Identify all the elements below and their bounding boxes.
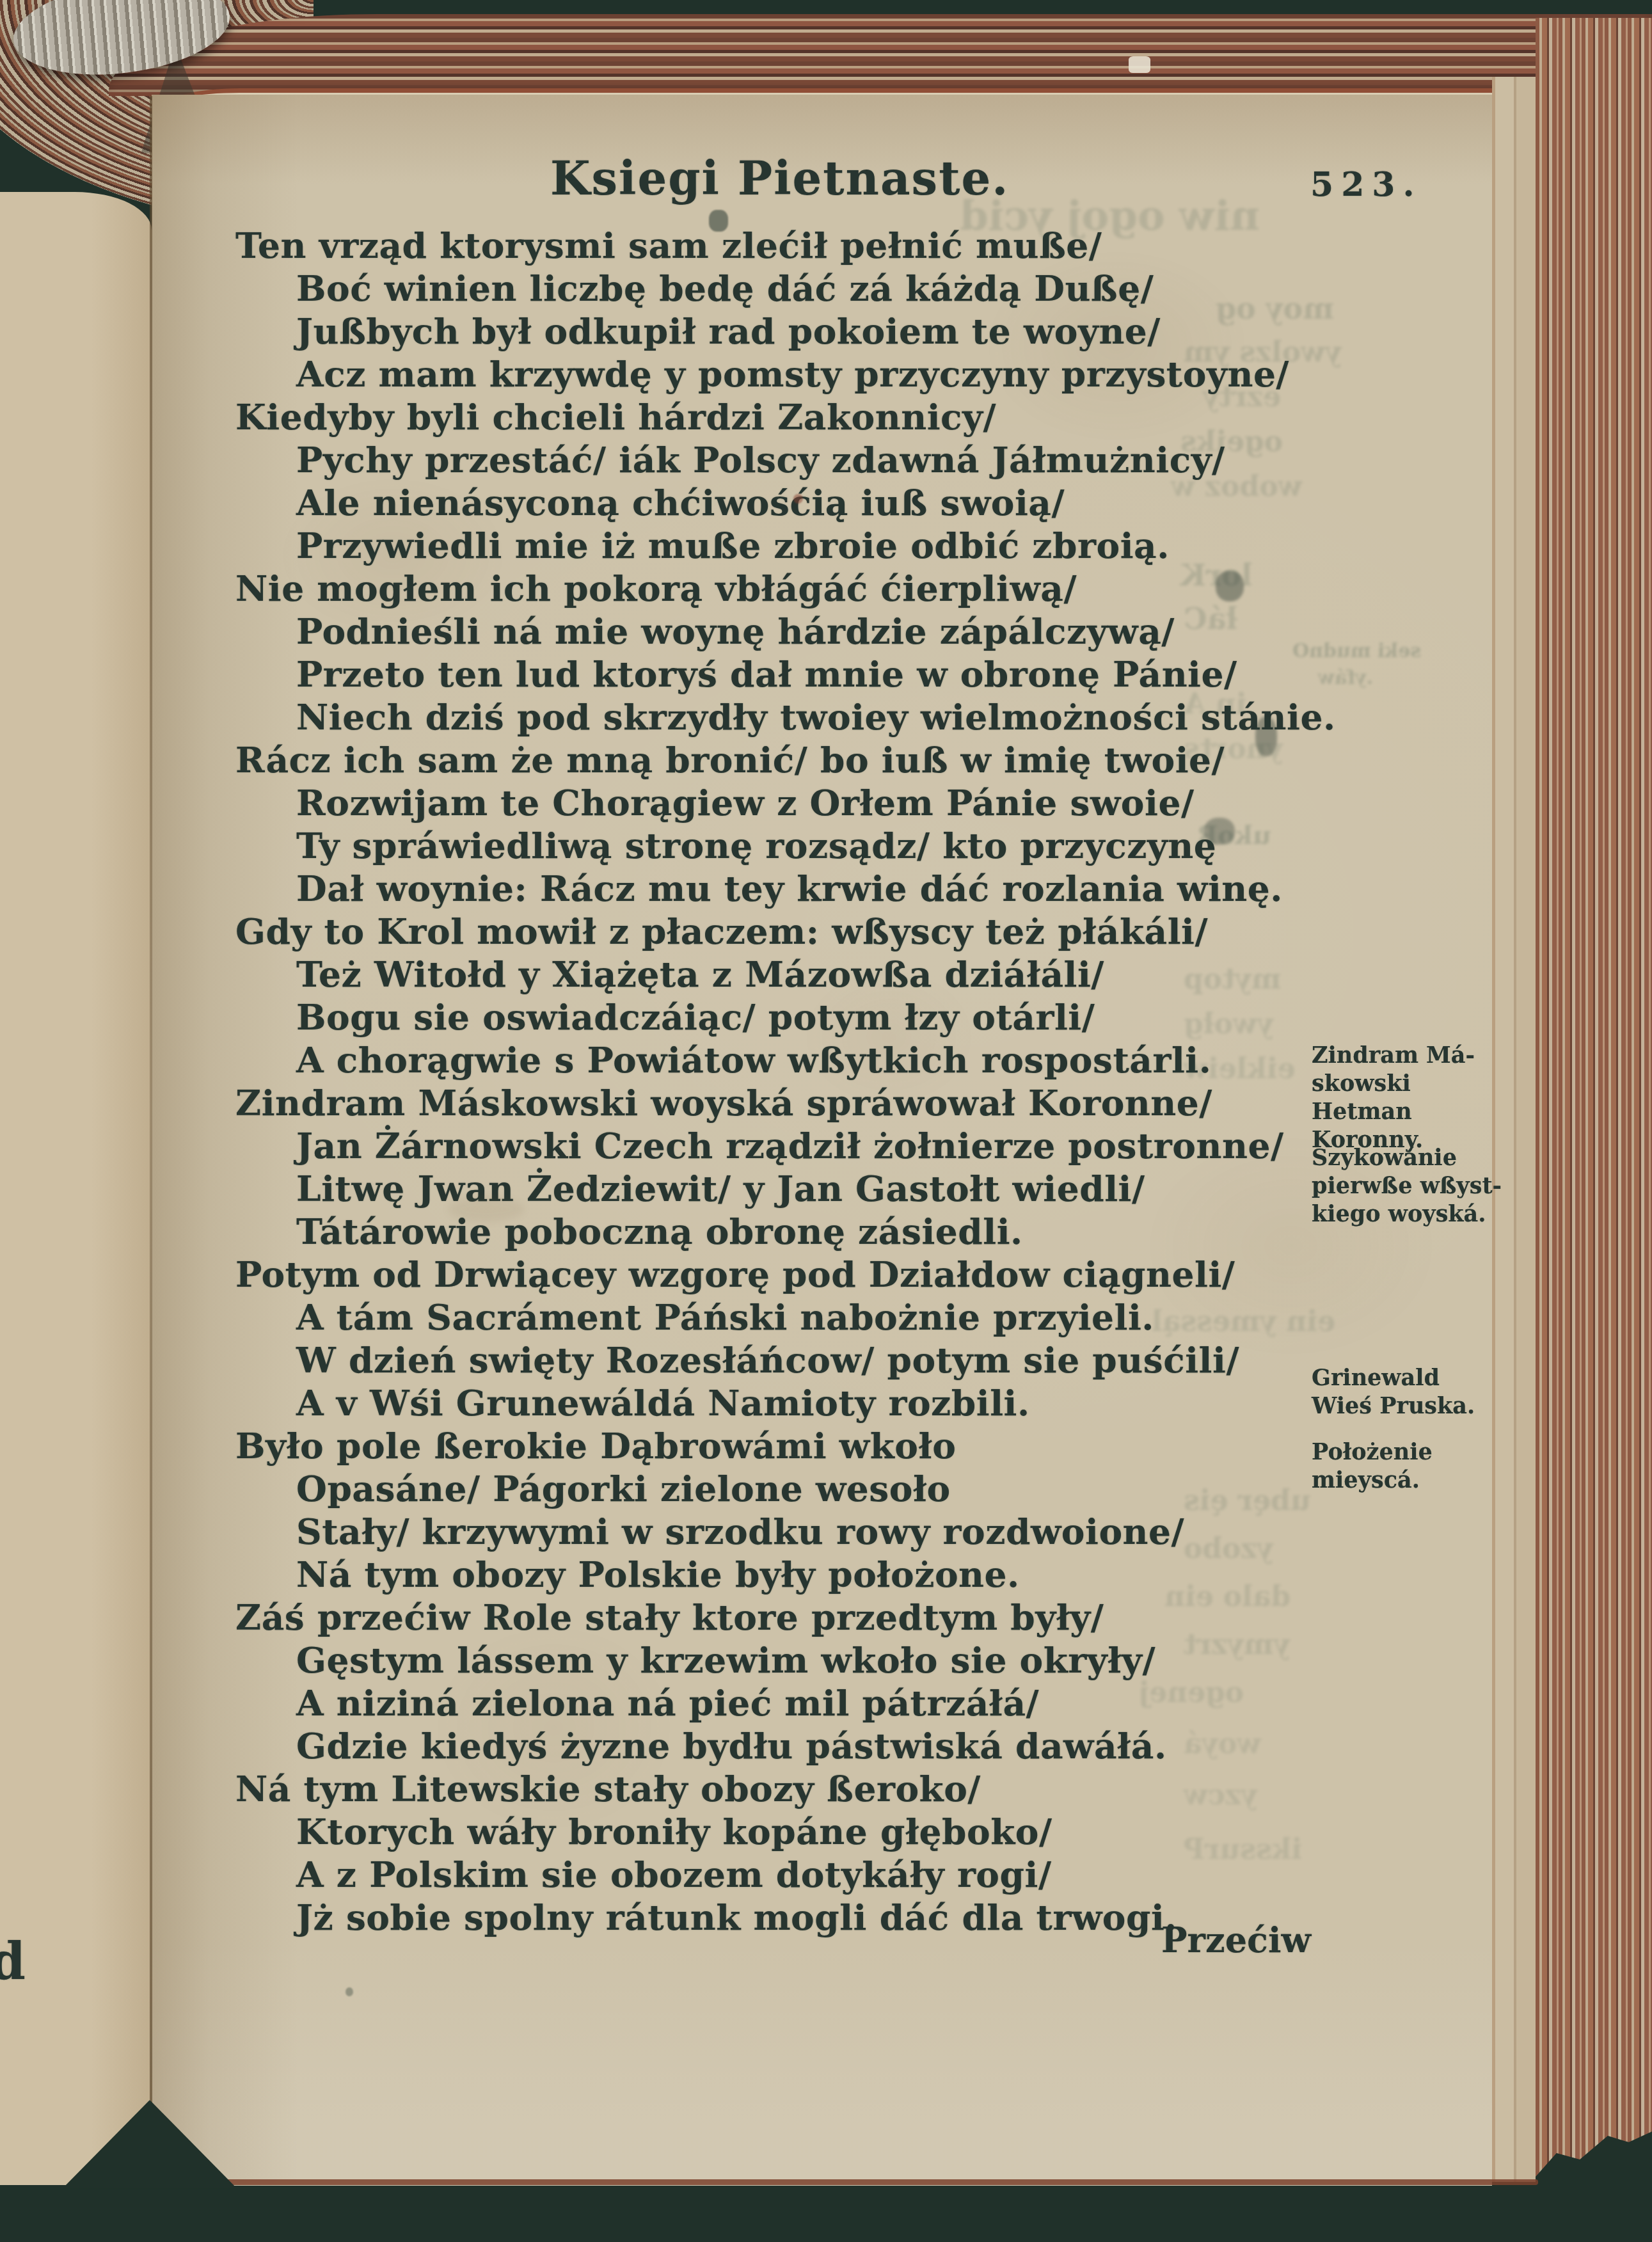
poem-line: Przeto ten lud ktoryś dał mnie w obronę …	[296, 653, 1336, 696]
poem-line: Ten vrząd ktorysmi sam zlećił pełnić muß…	[235, 224, 1336, 267]
margin-note: Szykowániepierwße wßyst-kiego woyská.	[1312, 1144, 1516, 1228]
margin-note-line: mieyscá.	[1312, 1467, 1516, 1495]
poem-line: W dzień swięty Rozesłáńcow/ potym sie pu…	[296, 1339, 1336, 1381]
poem-line: Tátárowie poboczną obronę zásiedli.	[296, 1210, 1336, 1253]
gutter-fold-line	[150, 96, 152, 2124]
poem-line: Ktorych wáły broniły kopáne głęboko/	[296, 1810, 1336, 1853]
poem-line: Nie mogłem ich pokorą vbłágáć ćierpliwą/	[235, 567, 1336, 610]
partial-signature-letter: d	[0, 1931, 26, 1991]
top-page-edges-stack	[109, 14, 1652, 96]
margin-note-line: Wieś Pruska.	[1312, 1392, 1516, 1420]
poem-line: Boć winien liczbę bedę dáć zá káżdą Dußę…	[296, 267, 1336, 310]
running-title: Ksiegi Pietnaste.	[550, 151, 1009, 205]
poem-line: Rácz ich sam że mną bronić/ bo iuß w imi…	[235, 738, 1336, 781]
margin-note: Położeniemieyscá.	[1312, 1438, 1516, 1495]
margin-note: GrinewaldWieś Pruska.	[1312, 1364, 1516, 1420]
page-number: 523.	[1310, 165, 1422, 204]
catchword: Przećiw	[1161, 1920, 1311, 1960]
poem-line: Zindram Máskowski woyská spráwował Koron…	[235, 1081, 1336, 1124]
poem-line: A chorągwie s Powiátow wßytkich rospostá…	[296, 1038, 1336, 1081]
margin-note-line: kiego woyská.	[1312, 1200, 1516, 1228]
poem-line: Bogu sie oswiadczáiąc/ potym łzy otárli/	[296, 996, 1336, 1038]
poem-line: Też Witołd y Xiążęta z Mázowßa dziáłáli/	[296, 953, 1336, 996]
poem-line: A tám Sacráment Páński nabożnie przyieli…	[296, 1296, 1336, 1339]
margin-note-line: Zindram Má-	[1312, 1042, 1516, 1070]
poem-line: Rozwijam te Chorągiew z Orłem Pánie swoi…	[296, 781, 1336, 824]
poem-line: Niech dziś pod skrzydły twoiey wielmożno…	[296, 696, 1336, 738]
book-scan: { "colors":{ "bg":"#20312a", "paper":"#c…	[0, 0, 1652, 2242]
margin-note-line: Grinewald	[1312, 1364, 1516, 1392]
margin-note-line: Szykowánie	[1312, 1144, 1516, 1172]
margin-note: Zindram Má-skowski HetmanKoronny.	[1312, 1042, 1516, 1154]
poem-line: Litwę Jwan Żedziewit/ y Jan Gastołt wied…	[296, 1167, 1336, 1210]
margin-note-line: Położenie	[1312, 1438, 1516, 1467]
poem-text-block: Ten vrząd ktorysmi sam zlećił pełnić muß…	[235, 224, 1336, 1939]
bottom-page-edge-redline	[218, 2179, 1538, 2185]
facing-page-edge	[0, 192, 152, 2185]
poem-line: Acz mam krzywdę y pomsty przyczyny przys…	[296, 353, 1336, 395]
margin-note-line: pierwße wßyst-	[1312, 1172, 1516, 1200]
poem-line: Ná tym obozy Polskie były położone.	[296, 1553, 1336, 1596]
poem-line: Opasáne/ Págorki zielone wesoło	[296, 1467, 1336, 1510]
poem-line: Podnieśli ná mie woynę hárdzie zápálczyw…	[296, 610, 1336, 653]
poem-line: Ná tym Litewskie stały obozy ßeroko/	[235, 1767, 1336, 1810]
poem-line: Gdzie kiedyś żyzne bydłu pástwiská dawáł…	[296, 1724, 1336, 1767]
poem-line: Ale nienásyconą chćiwośćią iuß swoią/	[296, 481, 1336, 524]
poem-line: Dał woynie: Rácz mu tey krwie dáć rozlan…	[296, 867, 1336, 910]
poem-line: Ty spráwiedliwą stronę rozsądz/ kto przy…	[296, 824, 1336, 867]
poem-line: Stały/ krzywymi w srzodku rowy rozdwoion…	[296, 1510, 1336, 1553]
poem-line: Potym od Drwiącey wzgorę pod Działdow ci…	[235, 1253, 1336, 1296]
table-background	[0, 2186, 1652, 2242]
poem-line: A z Polskim sie obozem dotykáły rogi/	[296, 1853, 1336, 1896]
poem-line: Pychy przestáć/ iák Polscy zdawná Jáłmuż…	[296, 438, 1336, 481]
poem-line: Záś przećiw Role stały ktore przedtym by…	[235, 1596, 1336, 1639]
poem-line: Było pole ßerokie Dąbrowámi wkoło	[235, 1424, 1336, 1467]
poem-line: Jußbych był odkupił rad pokoiem te woyne…	[296, 310, 1336, 353]
poem-line: Jan Żárnowski Czech rządził żołnierze po…	[296, 1124, 1336, 1167]
margin-note-line: skowski Hetman	[1312, 1070, 1516, 1126]
poem-line: Przywiedli mie iż muße zbroie odbić zbro…	[296, 524, 1336, 567]
poem-line: A v Wśi Grunewáldá Namioty rozbili.	[296, 1381, 1336, 1424]
poem-line: Gęstym lássem y krzewim wkoło sie okryły…	[296, 1639, 1336, 1681]
poem-line: Kiedyby byli chcieli hárdzi Zakonnicy/	[235, 395, 1336, 438]
poem-line: Gdy to Krol mowił z płaczem: wßyscy też …	[235, 910, 1336, 953]
poem-line: A niziná zielona ná pieć mil pátrzáłá/	[296, 1681, 1336, 1724]
fore-edge-page-stack	[1536, 18, 1652, 2177]
